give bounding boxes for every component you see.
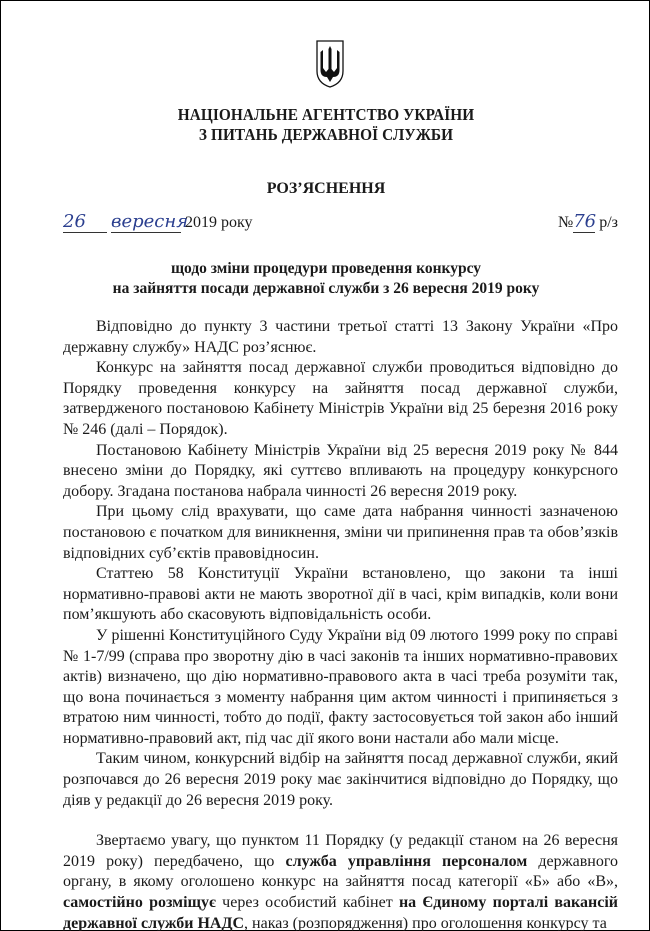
paragraph-7: Таким чином, конкурсний відбір на зайнят…	[63, 749, 618, 811]
handwritten-number: 76	[573, 211, 595, 233]
document-page: НАЦІОНАЛЬНЕ АГЕНТСТВО УКРАЇНИ З ПИТАНЬ Д…	[0, 0, 650, 931]
agency-name: НАЦІОНАЛЬНЕ АГЕНТСТВО УКРАЇНИ З ПИТАНЬ Д…	[34, 105, 619, 145]
document-number: №76 р/з	[558, 211, 618, 233]
handwritten-day: 26	[63, 211, 107, 233]
number-suffix: р/з	[599, 214, 618, 231]
document-body: Відповідно до пункту 3 частини третьої с…	[63, 317, 618, 931]
trident-emblem-icon	[315, 39, 345, 89]
number-sign: №	[558, 214, 573, 231]
date-number-row: 26вересня 2019 року №76 р/з	[63, 211, 618, 239]
agency-name-line2: З ПИТАНЬ ДЕРЖАВНОЇ СЛУЖБИ	[34, 125, 619, 145]
paragraph-4: При цьому слід врахувати, що саме дата н…	[63, 502, 618, 564]
paragraph-1: Відповідно до пункту 3 частини третьої с…	[63, 317, 618, 358]
p8-text-4: , наказ (розпорядження) про оголошення к…	[244, 915, 607, 931]
document-date: 26вересня 2019 року	[63, 211, 253, 233]
document-type-title: РОЗ’ЯСНЕННЯ	[1, 179, 650, 199]
paragraph-5: Статтею 58 Конституції України встановле…	[63, 564, 618, 626]
paragraph-8: Звертаємо увагу, що пунктом 11 Порядку (…	[63, 831, 618, 931]
year-text: 2019 року	[185, 214, 253, 231]
p8-text-3: через особистий кабінет	[216, 894, 399, 911]
p8-bold-1: служба управління персоналом	[286, 853, 528, 870]
document-subject: щодо зміни процедури проведення конкурсу…	[1, 259, 650, 299]
subject-line2: на зайняття посади державної служби з 26…	[1, 279, 650, 299]
paragraph-6: У рішенні Конституційного Суду України в…	[63, 626, 618, 750]
paragraph-3: Постановою Кабінету Міністрів України ві…	[63, 441, 618, 503]
handwritten-month: вересня	[111, 211, 181, 233]
subject-line1: щодо зміни процедури проведення конкурсу	[1, 259, 650, 279]
paragraph-2: Конкурс на зайняття посад державної служ…	[63, 358, 618, 440]
p8-bold-2: самостійно розміщує	[63, 894, 216, 911]
agency-name-line1: НАЦІОНАЛЬНЕ АГЕНТСТВО УКРАЇНИ	[34, 105, 619, 125]
